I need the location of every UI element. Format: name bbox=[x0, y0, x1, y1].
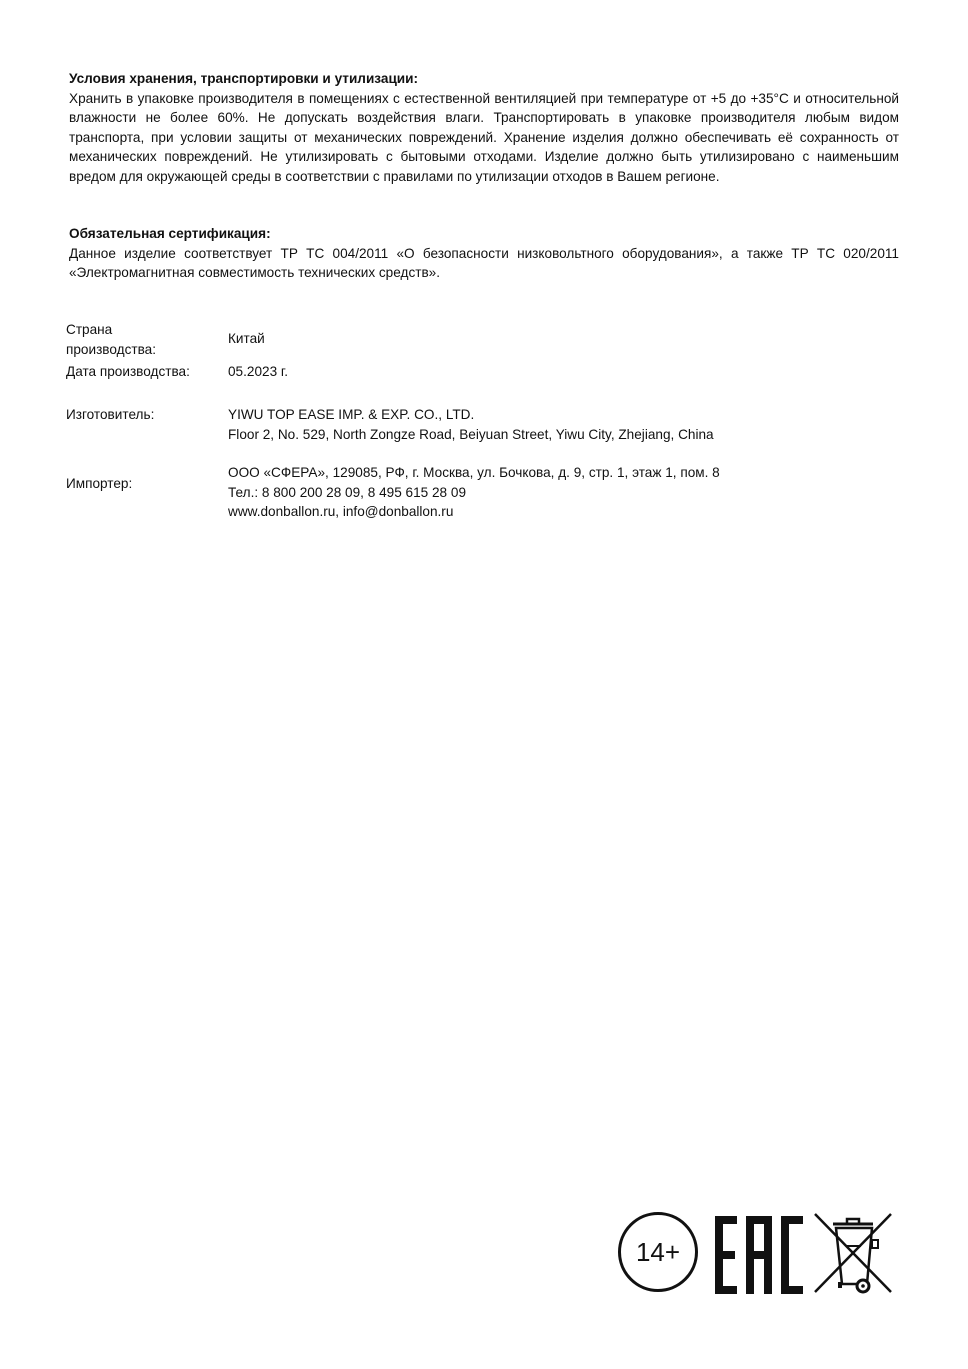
certification-heading: Обязательная сертификация: bbox=[69, 224, 899, 244]
certification-section: Обязательная сертификация: Данное издели… bbox=[69, 224, 899, 283]
info-row-country: Страна производства: Китай bbox=[66, 320, 265, 359]
manufacturer-label: Изготовитель: bbox=[66, 405, 228, 444]
country-value: Китай bbox=[228, 320, 265, 359]
importer-value: ООО «СФЕРА», 129085, РФ, г. Москва, ул. … bbox=[228, 463, 720, 522]
info-row-importer: Импортер: ООО «СФЕРА», 129085, РФ, г. Мо… bbox=[66, 463, 720, 522]
storage-section: Условия хранения, транспортировки и утил… bbox=[69, 69, 899, 186]
age-rating-icon: 14+ bbox=[618, 1212, 698, 1292]
info-row-manufacturer: Изготовитель: YIWU TOP EASE IMP. & EXP. … bbox=[66, 405, 714, 444]
country-label: Страна производства: bbox=[66, 320, 166, 359]
importer-contacts: www.donballon.ru, info@donballon.ru bbox=[228, 502, 720, 522]
weee-bin-icon bbox=[811, 1210, 895, 1296]
age-rating-text: 14+ bbox=[636, 1237, 680, 1268]
date-value: 05.2023 г. bbox=[228, 362, 288, 382]
storage-heading: Условия хранения, транспортировки и утил… bbox=[69, 69, 899, 89]
importer-address: ООО «СФЕРА», 129085, РФ, г. Москва, ул. … bbox=[228, 463, 720, 483]
compliance-marks: 14+ bbox=[615, 1208, 900, 1298]
info-row-date: Дата производства: 05.2023 г. bbox=[66, 362, 288, 382]
manufacturer-value: YIWU TOP EASE IMP. & EXP. CO., LTD. Floo… bbox=[228, 405, 714, 444]
storage-text: Хранить в упаковке производителя в помещ… bbox=[69, 89, 899, 187]
eac-mark-icon bbox=[715, 1216, 803, 1294]
manufacturer-address: Floor 2, No. 529, North Zongze Road, Bei… bbox=[228, 425, 714, 445]
importer-label: Импортер: bbox=[66, 463, 228, 522]
importer-phones: Тел.: 8 800 200 28 09, 8 495 615 28 09 bbox=[228, 483, 720, 503]
manufacturer-name: YIWU TOP EASE IMP. & EXP. CO., LTD. bbox=[228, 405, 714, 425]
date-label: Дата производства: bbox=[66, 362, 228, 382]
certification-text: Данное изделие соответствует ТР ТС 004/2… bbox=[69, 244, 899, 283]
